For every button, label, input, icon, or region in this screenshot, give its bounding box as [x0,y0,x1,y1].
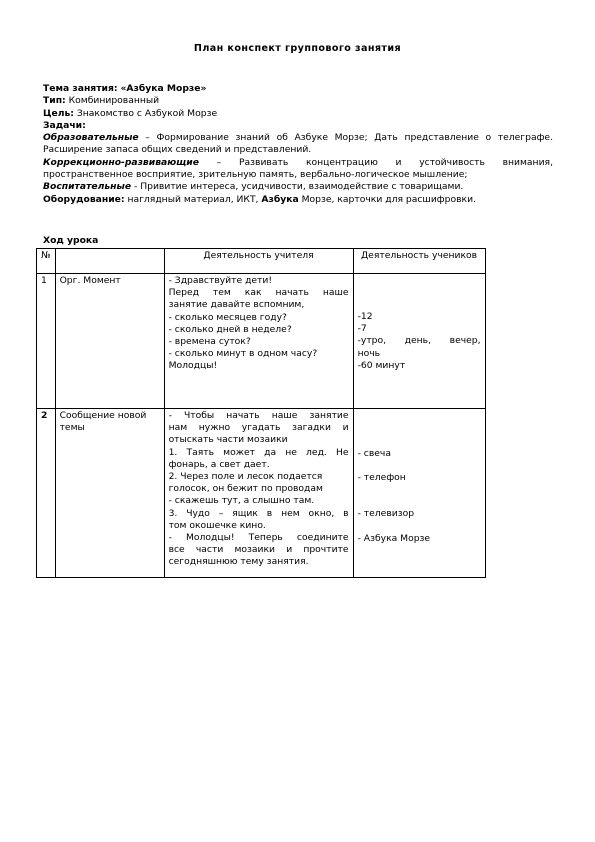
student-line: -утро, день, вечер, [358,335,481,347]
type-line: Тип: Комбинированный [43,95,553,107]
teacher-line: фонарь, а свет дает. [169,459,349,471]
teacher-line: нам нужно угадать загадки и [169,422,349,434]
task-label: Воспитательные [43,181,131,192]
header-number: № [37,249,56,274]
lesson-table: № Деятельность учителя Деятельность учен… [36,248,486,578]
student-line: - телефон [358,472,481,484]
row-student-activity: - свеча - телефон - телевизор - Азбука М… [353,409,485,578]
document-title: План конспект группового занятия [0,43,595,54]
task-educational: Образовательные – Формирование знаний об… [43,132,553,157]
teacher-line: 2. Через поле и лесок подается [169,471,349,483]
student-line: ночь [358,348,481,360]
table-header-row: № Деятельность учителя Деятельность учен… [37,249,486,274]
task-upbringing: Воспитательные - Привитие интереса, усид… [43,181,553,193]
teacher-line: - времена суток? [169,336,349,348]
equipment-bold: Азбука [261,194,298,205]
student-line: -7 [358,323,481,335]
teacher-line: - Здравствуйте дети! [169,275,349,287]
teacher-line: занятие давайте вспомним, [169,299,349,311]
teacher-line: том окошечке кино. [169,520,349,532]
row-stage: Сообщение новой темы [55,409,164,578]
goal-value: Знакомство с Азбукой Морзе [77,108,217,119]
row-student-activity: -12 -7 -утро, день, вечер, ночь -60 мину… [353,274,485,409]
teacher-line: голосок, он бежит по проводам [169,483,349,495]
teacher-line: Перед тем как начать наше [169,287,349,299]
teacher-line: - сколько месяцев году? [169,312,349,324]
header-teacher: Деятельность учителя [164,249,353,274]
student-line: -12 [358,311,481,323]
teacher-line: 3. Чудо – ящик в нем окно, в [169,508,349,520]
teacher-line: - Молодцы! Теперь соедините [169,532,349,544]
row-stage: Орг. Момент [55,274,164,409]
student-line: -60 минут [358,360,481,372]
header-stage [55,249,164,274]
type-value: Комбинированный [69,95,159,106]
topic-line: Тема занятия: «Азбука Морзе» [43,83,553,95]
equipment-value: наглядный материал, ИКТ, [125,194,262,205]
student-line: - свеча [358,448,481,460]
header-students: Деятельность учеников [353,249,485,274]
tasks-label: Задачи: [43,120,553,132]
teacher-line: сегодняшнюю тему занятия. [169,556,349,568]
topic-label: Тема занятия: [43,83,118,94]
table-row: 1 Орг. Момент - Здравствуйте дети! Перед… [37,274,486,409]
teacher-line: - сколько минут в одном часу? [169,348,349,360]
goal-label: Цель: [43,108,74,119]
task-label: Коррекционно-развивающие [43,157,199,168]
goal-line: Цель: Знакомство с Азбукой Морзе [43,108,553,120]
topic-value: «Азбука Морзе» [120,83,206,94]
row-number: 1 [37,274,56,409]
row-teacher-activity: - Здравствуйте дети! Перед тем как начат… [164,274,353,409]
teacher-line: все части мозаики и прочтите [169,544,349,556]
task-correctional: Коррекционно-развивающие – Развивать кон… [43,157,553,182]
lesson-meta: Тема занятия: «Азбука Морзе» Тип: Комбин… [43,83,553,206]
row-teacher-activity: - Чтобы начать наше занятие нам нужно уг… [164,409,353,578]
task-text: - Привитие интереса, усидчивости, взаимо… [131,181,463,192]
student-line: - Азбука Морзе [358,533,481,545]
teacher-line: - скажешь тут, а слышно там. [169,495,349,507]
teacher-line: - сколько дней в неделе? [169,324,349,336]
teacher-line: отыскать части мозаики [169,434,349,446]
table-row: 2 Сообщение новой темы - Чтобы начать на… [37,409,486,578]
type-label: Тип: [43,95,66,106]
row-number: 2 [37,409,56,578]
teacher-line: Молодцы! [169,360,349,372]
equipment-rest: Морзе, карточки для расшифровки. [299,194,476,205]
teacher-line: 1. Таять может да не лед. Не [169,447,349,459]
teacher-line: - Чтобы начать наше занятие [169,410,349,422]
task-label: Образовательные [43,132,139,143]
lesson-heading: Ход урока [43,235,98,246]
equipment-line: Оборудование: наглядный материал, ИКТ, А… [43,194,553,206]
student-line: - телевизор [358,508,481,520]
equipment-label: Оборудование: [43,194,125,205]
